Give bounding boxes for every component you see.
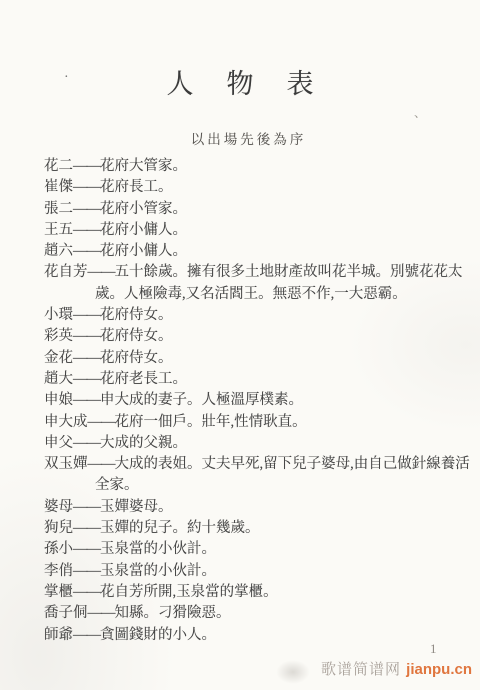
cast-entry: 申娘——申大成的妻子。人極溫厚樸素。	[44, 390, 470, 411]
scanned-document-page: · 人物表 、 以出場先後為序 花二——花府大管家。 崔傑——花府長工。 張二—…	[0, 0, 480, 690]
cast-entry: 金花——花府侍女。	[44, 348, 470, 369]
dash-separator: ——	[73, 350, 100, 366]
cast-entry: 双玉嬋——大成的表姐。丈夫早死,留下兒子婆母,由自己做針線養活全家。	[44, 454, 470, 497]
watermark-site-url: jianpu.cn	[406, 661, 472, 678]
dash-separator: ——	[73, 201, 100, 217]
page-subtitle: 以出場先後為序	[191, 128, 307, 148]
character-desc: 五十餘歲。擁有很多土地財產故叫花半城。別號花花太歲。人極險毒,又名活閻王。無惡不…	[95, 264, 463, 301]
cast-entry: 趙六——花府小傭人。	[44, 241, 470, 262]
dash-separator: ——	[88, 414, 115, 430]
character-name: 双玉嬋	[44, 456, 88, 472]
character-desc: 花府侍女。	[100, 328, 173, 344]
dash-separator: ——	[73, 179, 100, 195]
dash-separator: ——	[73, 541, 100, 557]
character-desc: 玉嬋婆母。	[100, 499, 173, 515]
cast-entry: 喬子侗——知縣。刁猾險惡。	[44, 603, 470, 624]
character-desc: 玉泉當的小伙計。	[100, 541, 216, 557]
cast-entry: 花自芳——五十餘歲。擁有很多土地財產故叫花半城。別號花花太歲。人極險毒,又名活閻…	[44, 262, 470, 305]
character-desc: 花自芳所開,玉泉當的掌櫃。	[100, 584, 278, 600]
character-desc: 玉泉當的小伙計。	[100, 563, 216, 579]
watermark-site-name: 歌谱简谱网	[321, 661, 401, 678]
cast-entry: 彩英——花府侍女。	[44, 326, 470, 347]
character-desc: 大成的表姐。丈夫早死,留下兒子婆母,由自己做針線養活全家。	[95, 456, 470, 493]
character-desc: 花府小傭人。	[100, 243, 187, 259]
dash-separator: ——	[73, 222, 100, 238]
cast-entry: 孫小——玉泉當的小伙計。	[44, 539, 470, 560]
character-desc: 申大成的妻子。人極溫厚樸素。	[100, 392, 303, 408]
character-desc: 花府長工。	[100, 179, 173, 195]
page-number: 1	[430, 641, 437, 657]
cast-entry: 師爺——貪圖錢財的小人。	[44, 625, 470, 646]
character-name: 王五	[44, 222, 73, 238]
dash-separator: ——	[73, 563, 100, 579]
cast-entry: 王五——花府小傭人。	[44, 220, 470, 241]
character-name: 李俏	[44, 563, 73, 579]
dash-separator: ——	[73, 328, 100, 344]
dash-separator: ——	[73, 584, 100, 600]
cast-list: 花二——花府大管家。 崔傑——花府長工。 張二——花府小管家。 王五——花府小傭…	[44, 156, 470, 646]
character-name: 婆母	[44, 499, 73, 515]
dash-separator: ——	[73, 627, 100, 643]
cast-entry: 張二——花府小管家。	[44, 199, 470, 220]
cast-entry: 李俏——玉泉當的小伙計。	[44, 561, 470, 582]
character-name: 掌櫃	[44, 584, 73, 600]
character-name: 申父	[44, 435, 73, 451]
cast-entry: 狗兒——玉嬋的兒子。約十幾歲。	[44, 518, 470, 539]
dash-separator: ——	[73, 435, 100, 451]
cast-entry: 掌櫃——花自芳所開,玉泉當的掌櫃。	[44, 582, 470, 603]
character-name: 趙大	[44, 371, 73, 387]
cast-entry: 小環——花府侍女。	[44, 305, 470, 326]
page-subtitle-row: 以出場先後為序	[0, 128, 480, 149]
cast-entry: 崔傑——花府長工。	[44, 177, 470, 198]
cast-entry: 申父——大成的父親。	[44, 433, 470, 454]
character-desc: 花府一佃戶。壯年,性情耿直。	[115, 414, 307, 430]
dash-separator: ——	[73, 520, 100, 536]
character-desc: 花府大管家。	[100, 158, 187, 174]
character-name: 喬子侗	[44, 605, 88, 621]
dash-separator: ——	[88, 605, 115, 621]
character-desc: 知縣。刁猾險惡。	[115, 605, 231, 621]
cast-entry: 花二——花府大管家。	[44, 156, 470, 177]
character-name: 張二	[44, 201, 73, 217]
character-name: 金花	[44, 350, 73, 366]
dash-separator: ——	[73, 371, 100, 387]
dash-separator: ——	[73, 307, 100, 323]
dash-separator: ——	[88, 456, 115, 472]
page-title: 人物表	[167, 62, 347, 101]
dash-separator: ——	[73, 499, 100, 515]
dash-separator: ——	[73, 392, 100, 408]
character-name: 小環	[44, 307, 73, 323]
character-desc: 花府小管家。	[100, 201, 187, 217]
dash-separator: ——	[73, 243, 100, 259]
character-name: 申大成	[44, 414, 88, 430]
character-desc: 大成的父親。	[100, 435, 187, 451]
page-title-row: 人物表	[0, 62, 480, 101]
character-name: 師爺	[44, 627, 73, 643]
character-name: 花自芳	[44, 264, 88, 280]
character-name: 孫小	[44, 541, 73, 557]
dash-separator: ——	[88, 264, 115, 280]
print-artifact-comma: 、	[414, 104, 426, 121]
dash-separator: ——	[73, 158, 100, 174]
character-name: 趙六	[44, 243, 73, 259]
cast-entry: 申大成——花府一佃戶。壯年,性情耿直。	[44, 412, 470, 433]
character-name: 崔傑	[44, 179, 73, 195]
character-name: 花二	[44, 158, 73, 174]
character-desc: 花府侍女。	[100, 350, 173, 366]
watermark: 歌谱简谱网 jianpu.cn	[0, 658, 472, 679]
character-desc: 貪圖錢財的小人。	[100, 627, 216, 643]
character-desc: 花府老長工。	[100, 371, 187, 387]
character-desc: 花府小傭人。	[100, 222, 187, 238]
character-desc: 玉嬋的兒子。約十幾歲。	[100, 520, 260, 536]
character-desc: 花府侍女。	[100, 307, 173, 323]
cast-entry: 趙大——花府老長工。	[44, 369, 470, 390]
cast-entry: 婆母——玉嬋婆母。	[44, 497, 470, 518]
character-name: 彩英	[44, 328, 73, 344]
character-name: 狗兒	[44, 520, 73, 536]
character-name: 申娘	[44, 392, 73, 408]
